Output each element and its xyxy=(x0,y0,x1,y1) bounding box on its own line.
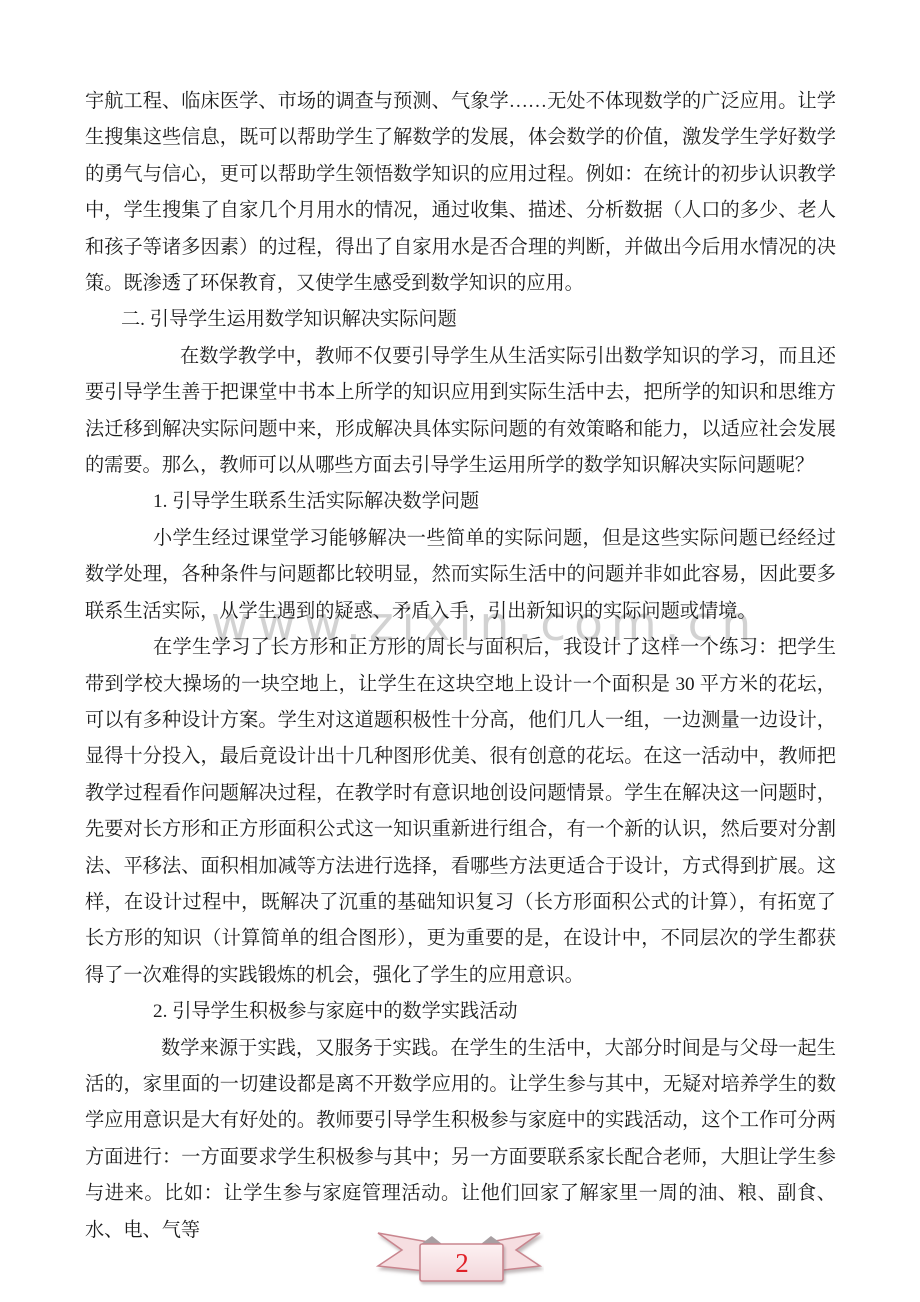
document-page: www.zixin.com.cn 宇航工程、临床医学、市场的调查与预测、气象学…… xyxy=(0,0,920,1302)
section-heading-2: 二. 引导学生运用数学知识解决实际问题 xyxy=(85,302,836,338)
ribbon-fold-left xyxy=(421,1236,442,1244)
body-paragraph-continuation: 宇航工程、临床医学、市场的调查与预测、气象学……无处不体现数学的广泛应用。让学生… xyxy=(85,84,836,302)
subsection-heading-2: 2. 引导学生积极参与家庭中的数学实践活动 xyxy=(85,994,836,1030)
body-paragraph: 数学来源于实践，又服务于实践。在学生的生活中，大部分时间是与父母一起生活的，家里… xyxy=(85,1031,836,1249)
page-number: 2 xyxy=(455,1248,469,1278)
page-number-ribbon: 2 xyxy=(374,1230,544,1288)
body-paragraph: 在数学教学中，教师不仅要引导学生从生活实际引出数学知识的学习，而且还要引导学生善… xyxy=(85,339,836,485)
subsection-heading-1: 1. 引导学生联系生活实际解决数学问题 xyxy=(85,484,836,520)
body-paragraph: 小学生经过课堂学习能够解决一些简单的实际问题，但是这些实际问题已经经过数学处理，… xyxy=(85,521,836,630)
document-body: 宇航工程、临床医学、市场的调查与预测、气象学……无处不体现数学的广泛应用。让学生… xyxy=(0,0,920,1249)
body-paragraph: 在学生学习了长方形和正方形的周长与面积后，我设计了这样一个练习：把学生带到学校大… xyxy=(85,630,836,994)
ribbon-graphic: 2 xyxy=(374,1230,544,1288)
